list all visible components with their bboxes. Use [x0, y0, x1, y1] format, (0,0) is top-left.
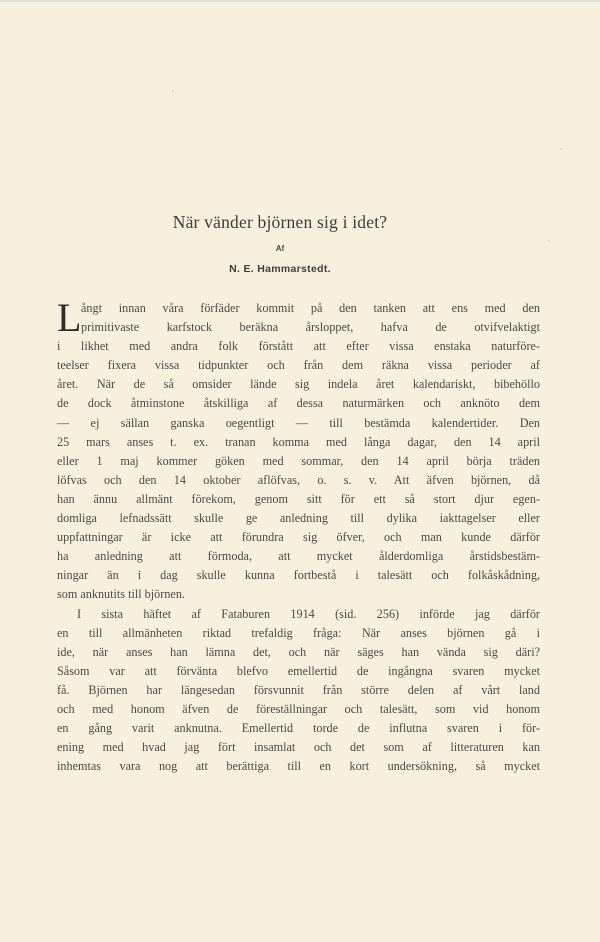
text-line: i likhet med andra folk förstått att eft…	[57, 337, 540, 356]
text-line: ening med hvad jag fört insamlat och det…	[57, 738, 540, 757]
drop-cap: L	[57, 301, 81, 335]
text-line: teelser fixera vissa tidpunkter och från…	[57, 356, 540, 375]
text-line: eller 1 maj kommer göken med sommar, den…	[57, 452, 540, 471]
paper-speck	[560, 148, 562, 150]
text-line: ide, när anses han lämna det, och när sä…	[57, 643, 540, 662]
text-line: ha anledning att förmoda, att mycket åld…	[57, 547, 540, 566]
text-line: han ännu allmänt förekom, genom sitt för…	[57, 490, 540, 509]
author-name: N. E. Hammarstedt.	[0, 263, 560, 275]
scanned-page: När vänder björnen sig i idet? Af N. E. …	[0, 0, 600, 942]
text-line: — ej sällan ganska oegentligt — till bes…	[57, 414, 540, 433]
article-title: När vänder björnen sig i idet?	[0, 212, 560, 233]
text-line: primitivaste karfstock beräkna årsloppet…	[57, 318, 540, 337]
page-top-edge	[0, 0, 600, 2]
text-line: och med honom äfven de föreställningar o…	[57, 700, 540, 719]
text-line: I sista häftet af Fataburen 1914 (sid. 2…	[57, 605, 540, 624]
text-line: uppfattningar är icke att förundra sig ö…	[57, 528, 540, 547]
paragraph-1: ångt innan våra förfäder kommit på den t…	[57, 299, 540, 605]
text-line: en till allmänheten riktad trefaldig frå…	[57, 624, 540, 643]
text-line: få. Björnen har längesedan försvunnit fr…	[57, 681, 540, 700]
text-line: domliga lefnadssätt skulle ge anledning …	[57, 509, 540, 528]
text-line: ningar än i dag skulle kunna fortbestå i…	[57, 566, 540, 585]
text-line: de dock åtminstone åtskilliga af dessa n…	[57, 394, 540, 413]
paper-speck	[548, 240, 550, 242]
text-line: Såsom var att förvänta blefvo emellertid…	[57, 662, 540, 681]
text-line: inhemtas vara nog att berättiga till en …	[57, 757, 540, 776]
byline-prefix: Af	[0, 244, 560, 253]
article-body: L ångt innan våra förfäder kommit på den…	[57, 299, 540, 776]
text-line: löfvas och den 14 oktober aflöfvas, o. s…	[57, 471, 540, 490]
text-line: året. När de så omsider lände sig indela…	[57, 375, 540, 394]
paper-speck	[172, 90, 174, 92]
text-line: en gång varit anknutna. Emellertid torde…	[57, 719, 540, 738]
text-line: som anknutits till björnen.	[57, 585, 540, 604]
paragraph-2: I sista häftet af Fataburen 1914 (sid. 2…	[57, 605, 540, 777]
text-line: ångt innan våra förfäder kommit på den t…	[57, 299, 540, 318]
text-line: 25 mars anses t. ex. tranan komma med lå…	[57, 433, 540, 452]
